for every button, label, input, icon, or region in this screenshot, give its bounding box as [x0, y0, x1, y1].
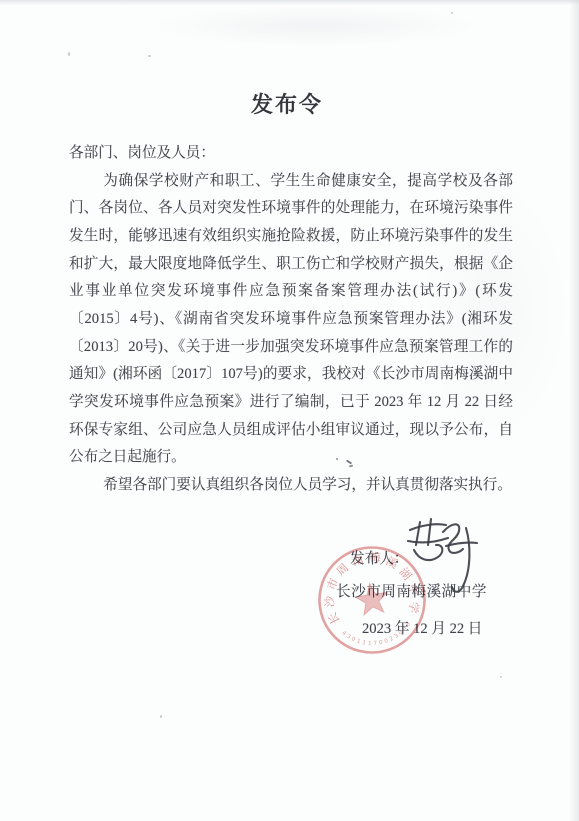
seal-serial-digit: 1: [368, 641, 372, 647]
document-body: 各部门、岗位及人员： 为确保学校财产和职工、学生生命健康安全，提高学校及各部门、…: [69, 140, 513, 500]
seal-arc-char: 市: [325, 576, 342, 592]
scan-smudge: [150, 6, 480, 46]
official-seal: 长沙市周南梅溪湖中学43011170023046: [306, 534, 437, 665]
document-title: 发布令: [0, 88, 574, 119]
seal-serial-digit: 0: [379, 640, 384, 647]
seal-serial-digit: 1: [362, 640, 367, 647]
seal-arc-char: 学: [406, 601, 421, 615]
scan-speck: [148, 55, 151, 57]
scanned-document-page: 发布令 各部门、岗位及人员： 为确保学校财产和职工、学生生命健康安全，提高学校及…: [0, 0, 579, 821]
seal-arc-char: 长: [326, 610, 343, 626]
scan-speck: [68, 52, 70, 56]
seal-arc-char: 周: [334, 561, 351, 578]
seal-arc-char: 中: [405, 582, 421, 597]
ink-artifact: [336, 458, 338, 460]
seal-serial-digit: 1: [356, 638, 362, 645]
seal-star-icon: [354, 581, 390, 616]
body-paragraph-2: 希望各部门要认真组织各岗位人员学习，并认真贯彻落实执行。: [69, 472, 513, 500]
seal-serial-digit: 7: [373, 641, 377, 647]
seal-arc-char: 南: [350, 552, 365, 568]
scan-speck: [451, 12, 453, 14]
scan-speck: [500, 676, 502, 678]
seal-arc-char: 梅: [369, 550, 382, 565]
salutation-line: 各部门、岗位及人员：: [69, 140, 513, 168]
scan-speck: [160, 715, 162, 718]
seal-serial-digit: 6: [405, 621, 412, 628]
scan-edge-shadow-top: [0, 0, 579, 5]
seal-arc-char: 溪: [384, 554, 401, 572]
scan-edge-shadow-right: [569, 0, 579, 821]
body-paragraph-1: 为确保学校财产和职工、学生生命健康安全，提高学校及各部门、各岗位、各人员对突发性…: [69, 168, 513, 472]
seal-arc-char: 沙: [322, 595, 336, 607]
